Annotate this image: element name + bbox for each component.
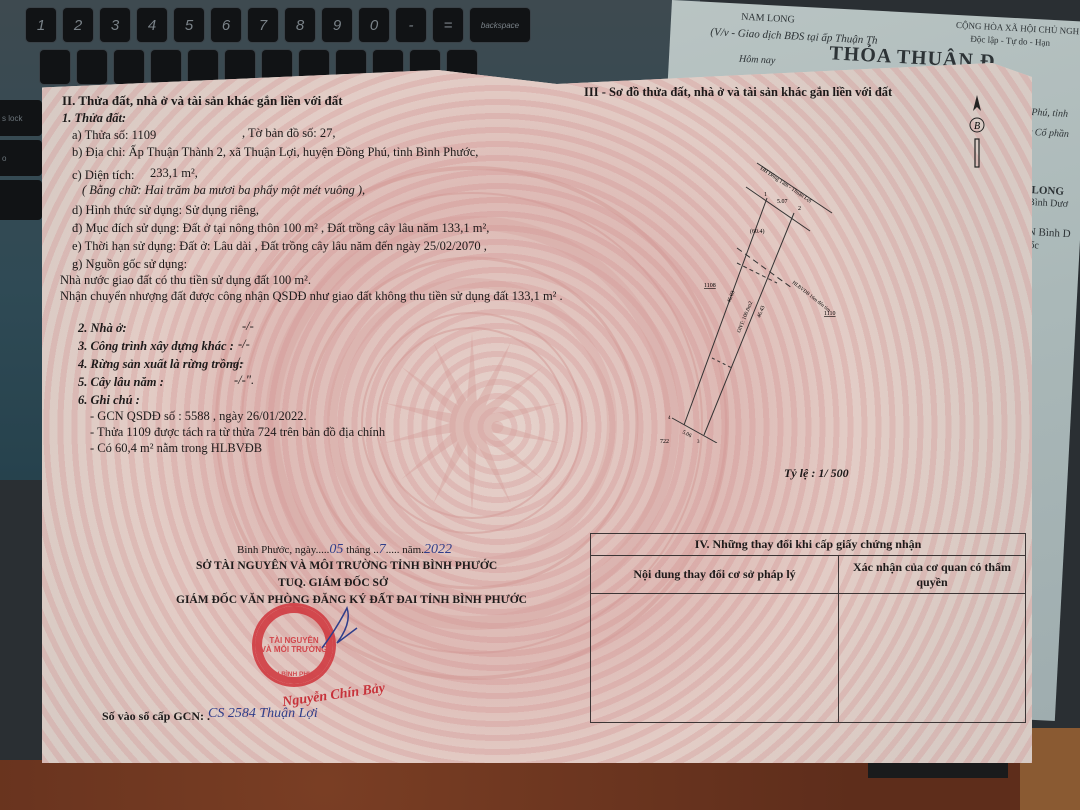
key-side: o xyxy=(0,140,42,176)
item-value: -/- xyxy=(232,355,244,370)
neighbor-1108: 1108 xyxy=(704,283,716,289)
key xyxy=(77,50,107,84)
doc2-motto: Độc lập - Tự do - Hạn xyxy=(970,34,1050,48)
section-2-heading: II. Thửa đất, nhà ở và tài sản khác gắn … xyxy=(62,93,343,108)
date-prefix: Bình Phước, ngày..... xyxy=(237,544,329,556)
origin-label: g) Nguồn gốc sử dụng: xyxy=(72,257,187,272)
parcel-diagram: ĐH Đồng Tâm - Thuận Lợi 1 2 5.07 (60.4) … xyxy=(642,143,842,443)
area-value: 233,1 m², xyxy=(150,166,198,181)
key-8: 8 xyxy=(285,8,315,42)
keyboard-number-row: 1 2 3 4 5 6 7 8 9 0 - = backspace xyxy=(26,8,530,42)
key-2: 2 xyxy=(63,8,93,42)
confirmation-cell xyxy=(839,594,1026,723)
north-arrow-icon: B xyxy=(967,93,987,173)
vertex-3: 3 xyxy=(697,440,700,443)
register-number-value: CS 2584 Thuận Lợi xyxy=(208,706,318,721)
date-month: 7 xyxy=(379,542,386,557)
item-label: 3. Công trình xây dựng khác : xyxy=(78,339,234,354)
key-1: 1 xyxy=(26,8,56,42)
desk-object xyxy=(868,762,1008,778)
issuing-authority: SỞ TÀI NGUYÊN VÀ MÔI TRƯỜNG TỈNH BÌNH PH… xyxy=(196,559,497,574)
edge-left-length: 46.03 xyxy=(726,290,736,304)
area-label: c) Diện tích: xyxy=(72,168,134,183)
item-value: -/- xyxy=(242,319,254,334)
note-line: - Có 60,4 m² nằm trong HLBVĐB xyxy=(90,441,262,456)
column-header-confirmation: Xác nhận của cơ quan có thẩm quyền xyxy=(839,556,1026,594)
register-number-label: Số vào sổ cấp GCN: . xyxy=(102,709,210,724)
key xyxy=(40,50,70,84)
corridor-label: HLBVĐB 16m đến tim xyxy=(791,281,831,314)
month-label: tháng .. xyxy=(346,544,379,556)
doc2-line: Hôm nay xyxy=(739,54,776,67)
vertex-2: 2 xyxy=(798,206,801,212)
corridor-area: (60.4) xyxy=(750,228,765,235)
date-year: 2022 xyxy=(424,542,452,557)
usage-term: e) Thời hạn sử dụng: Đất ở: Lâu dài , Đấ… xyxy=(72,239,487,254)
key-5: 5 xyxy=(174,8,204,42)
plot-address: b) Địa chỉ: Ấp Thuận Thành 2, xã Thuận L… xyxy=(72,145,478,160)
note-line: - GCN QSDĐ số : 5588 , ngày 26/01/2022. xyxy=(90,409,307,424)
key xyxy=(188,50,218,84)
item-label: 2. Nhà ở: xyxy=(78,321,127,336)
item-label: 4. Rừng sản xuất là rừng trồng: xyxy=(78,357,243,372)
usage-purpose: đ) Mục đích sử dụng: Đất ở tại nông thôn… xyxy=(72,221,489,236)
date-day: 05 xyxy=(329,542,343,557)
svg-text:B: B xyxy=(974,121,980,132)
column-header-changes: Nội dung thay đổi cơ sở pháp lý xyxy=(591,556,839,594)
doc2-company-header: NAM LONG xyxy=(741,12,795,26)
signature-stroke-icon xyxy=(317,598,367,658)
origin-line: Nhận chuyển nhượng đất được công nhận QS… xyxy=(60,289,563,304)
section-4-heading: IV. Những thay đổi khi cấp giấy chứng nh… xyxy=(591,534,1026,556)
key-4: 4 xyxy=(137,8,167,42)
key-equals: = xyxy=(433,8,463,42)
plot-number: a) Thửa số: 1109 xyxy=(72,128,156,143)
key-backspace: backspace xyxy=(470,8,530,42)
usage-form: d) Hình thức sử dụng: Sử dụng riêng, xyxy=(72,203,259,218)
edge-bottom-length: 5.06 xyxy=(681,429,693,439)
on-behalf-of: TUQ. GIÁM ĐỐC SỞ xyxy=(278,576,388,591)
key-caps-lock: s lock xyxy=(0,100,42,136)
land-plot-heading: 1. Thửa đất: xyxy=(62,111,126,126)
key xyxy=(151,50,181,84)
section-3-heading: III - Sơ đồ thửa đất, nhà ở và tài sản k… xyxy=(584,85,892,100)
changes-table: IV. Những thay đổi khi cấp giấy chứng nh… xyxy=(590,533,1026,723)
key-minus: - xyxy=(396,8,426,42)
seal-ring-text: TỈNH BÌNH PHƯỚC xyxy=(264,671,323,678)
key-7: 7 xyxy=(248,8,278,42)
neighbor-1110: 1110 xyxy=(824,311,836,317)
map-sheet-number: , Tờ bản đồ số: 27, xyxy=(242,126,336,141)
vertex-4: 4 xyxy=(668,416,671,421)
land-use-certificate: II. Thửa đất, nhà ở và tài sản khác gắn … xyxy=(42,63,1032,763)
changes-cell xyxy=(591,594,839,723)
item-value: -/- xyxy=(238,337,250,352)
note-line: - Thửa 1109 được tách ra từ thửa 724 trê… xyxy=(90,425,385,440)
key-0: 0 xyxy=(359,8,389,42)
edge-top-length: 5.07 xyxy=(777,199,788,205)
key-3: 3 xyxy=(100,8,130,42)
key-shift xyxy=(0,180,42,220)
key-9: 9 xyxy=(322,8,352,42)
item-label: 5. Cây lâu năm : xyxy=(78,375,164,390)
vertex-1: 1 xyxy=(764,192,767,198)
key-6: 6 xyxy=(211,8,241,42)
origin-line: Nhà nước giao đất có thu tiền sử dụng đấ… xyxy=(60,273,311,288)
year-label: ..... năm. xyxy=(386,544,424,556)
item-value: -/-". xyxy=(234,373,254,388)
neighbor-722: 722 xyxy=(660,439,669,443)
area-in-words: ( Bằng chữ: Hai trăm ba mươi ba phẩy một… xyxy=(82,183,365,198)
notes-label: 6. Ghi chú : xyxy=(78,393,140,408)
key xyxy=(114,50,144,84)
map-scale: Tỷ lệ : 1/ 500 xyxy=(784,466,849,481)
seal-line: TÀI NGUYÊN xyxy=(269,636,318,645)
signing-place-date: Bình Phước, ngày.....05 tháng ..7..... n… xyxy=(237,542,452,558)
edge-right-length: 46.43 xyxy=(756,305,766,319)
